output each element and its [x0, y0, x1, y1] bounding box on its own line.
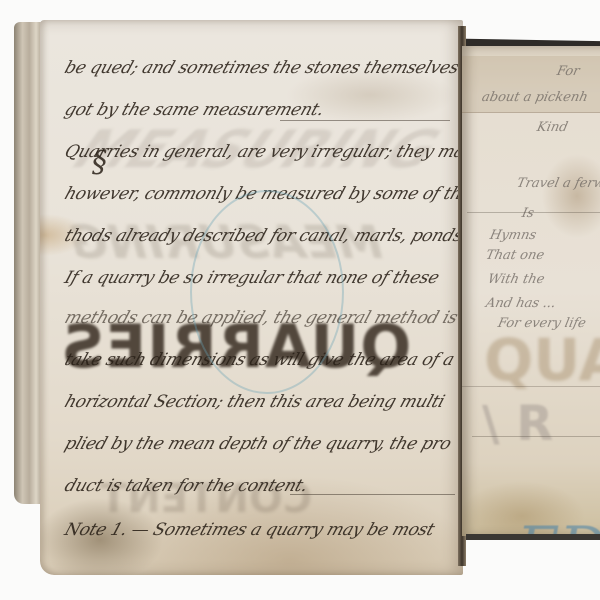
offset-stamp-quarries: QUA	[484, 326, 600, 394]
pencil-rule	[472, 436, 600, 437]
handwritten-line: Note 1. — Sometimes a quarry may be most	[62, 520, 437, 540]
ink-rule	[280, 120, 450, 121]
cover-edge-bottom	[466, 534, 600, 540]
pencil-line: For	[555, 64, 581, 79]
handwritten-line: got by the same measurement.	[62, 100, 327, 120]
pencil-line: That one	[484, 248, 545, 263]
book-photo: MEASURING MEASURING CONTENT be qued; and…	[0, 0, 600, 600]
pencil-rule	[462, 386, 600, 387]
pencil-line: And has ...	[484, 296, 557, 311]
offset-stamp-lower: \ R	[482, 396, 553, 452]
handwritten-line: be qued; and sometimes the stones themse…	[62, 58, 463, 78]
blue-crayon-stroke	[190, 190, 344, 394]
pencil-line: Kind	[535, 120, 569, 135]
handwritten-line: Quarries in general, are very irregular;…	[62, 142, 463, 162]
pencil-rule	[467, 212, 600, 213]
pencil-line: about a pickenh	[480, 90, 589, 105]
ink-rule	[290, 494, 455, 495]
pencil-line: Hymns	[488, 228, 537, 243]
blue-crayon-initials: ED	[517, 514, 600, 536]
pencil-line: Is	[520, 206, 535, 221]
handwritten-line: horizontal Section; then this area being…	[62, 392, 447, 412]
pencil-line: With the	[486, 272, 546, 287]
handwritten-line: duct is taken for the content.	[62, 476, 310, 496]
pencil-line: Travel a ferw	[515, 176, 600, 191]
handwritten-line: plied by the mean depth of the quarry, t…	[62, 434, 454, 454]
right-page: For about a pickenh Kind Travel a ferw I…	[462, 46, 600, 536]
left-page: MEASURING MEASURING CONTENT be qued; and…	[40, 20, 463, 575]
